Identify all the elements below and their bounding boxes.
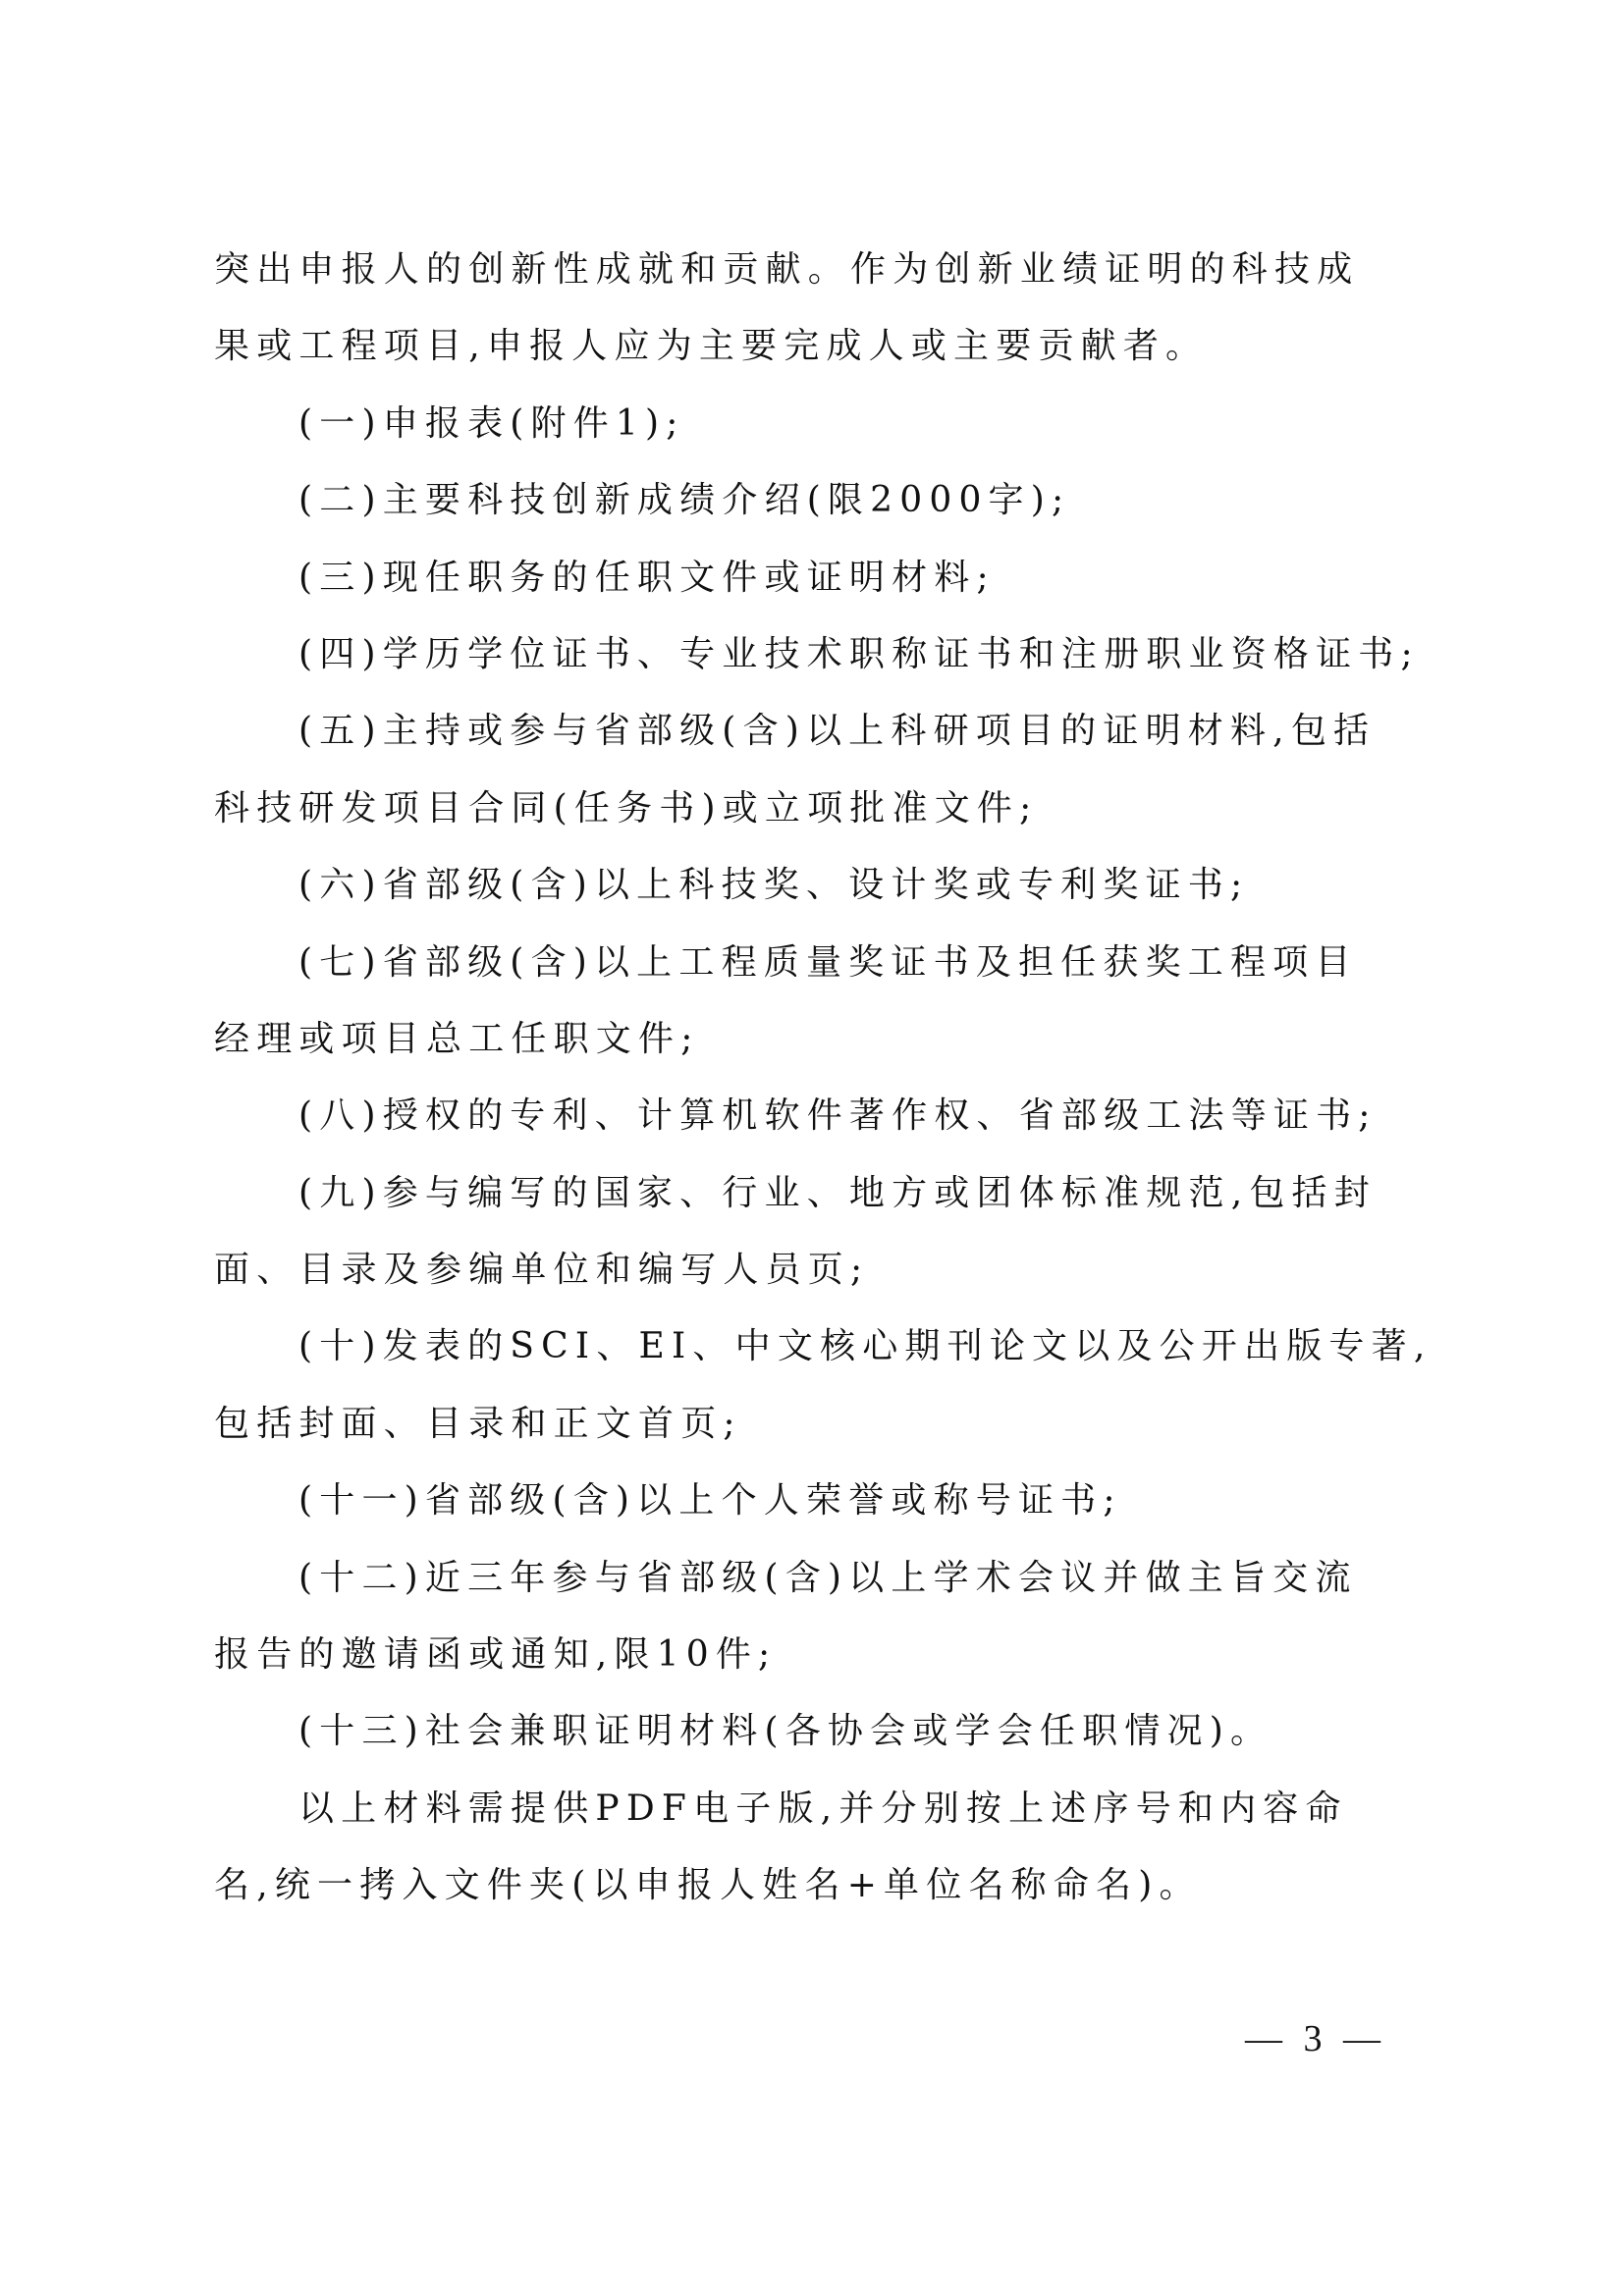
list-item-9: (九)参与编写的国家、行业、地方或团体标准规范,包括封 [214, 1155, 1408, 1232]
list-item-4: (四)学历学位证书、专业技术职称证书和注册职业资格证书; [214, 616, 1408, 693]
list-item-11: (十一)省部级(含)以上个人荣誉或称号证书; [214, 1463, 1408, 1539]
paragraph-line: 突出申报人的创新性成就和贡献。作为创新业绩证明的科技成 [214, 232, 1408, 308]
list-item-6: (六)省部级(含)以上科技奖、设计奖或专利奖证书; [214, 847, 1408, 924]
list-item-3: (三)现任职务的任职文件或证明材料; [214, 540, 1408, 616]
document-page: 突出申报人的创新性成就和贡献。作为创新业绩证明的科技成 果或工程项目,申报人应为… [0, 0, 1623, 2296]
list-item-2: (二)主要科技创新成绩介绍(限2000字); [214, 462, 1408, 539]
paragraph-line: 果或工程项目,申报人应为主要完成人或主要贡献者。 [214, 308, 1408, 385]
list-item-10-continued: 包括封面、目录和正文首页; [214, 1386, 1408, 1463]
list-item-5-continued: 科技研发项目合同(任务书)或立项批准文件; [214, 771, 1408, 847]
list-item-13: (十三)社会兼职证明材料(各协会或学会任职情况)。 [214, 1693, 1408, 1770]
list-item-12-continued: 报告的邀请函或通知,限10件; [214, 1617, 1408, 1693]
list-item-12: (十二)近三年参与省部级(含)以上学术会议并做主旨交流 [214, 1540, 1408, 1617]
closing-paragraph: 以上材料需提供PDF电子版,并分别按上述序号和内容命 [214, 1771, 1408, 1847]
list-item-10: (十)发表的SCI、EI、中文核心期刊论文以及公开出版专著, [214, 1308, 1408, 1385]
list-item-7: (七)省部级(含)以上工程质量奖证书及担任获奖工程项目 [214, 925, 1408, 1001]
list-item-8: (八)授权的专利、计算机软件著作权、省部级工法等证书; [214, 1078, 1408, 1154]
page-number: — 3 — [1245, 2014, 1386, 2063]
document-body: 突出申报人的创新性成就和贡献。作为创新业绩证明的科技成 果或工程项目,申报人应为… [214, 232, 1408, 1925]
list-item-9-continued: 面、目录及参编单位和编写人员页; [214, 1232, 1408, 1308]
list-item-1: (一)申报表(附件1); [214, 386, 1408, 462]
list-item-5: (五)主持或参与省部级(含)以上科研项目的证明材料,包括 [214, 693, 1408, 770]
closing-paragraph-continued: 名,统一拷入文件夹(以申报人姓名+单位名称命名)。 [214, 1847, 1408, 1924]
list-item-7-continued: 经理或项目总工任职文件; [214, 1001, 1408, 1078]
